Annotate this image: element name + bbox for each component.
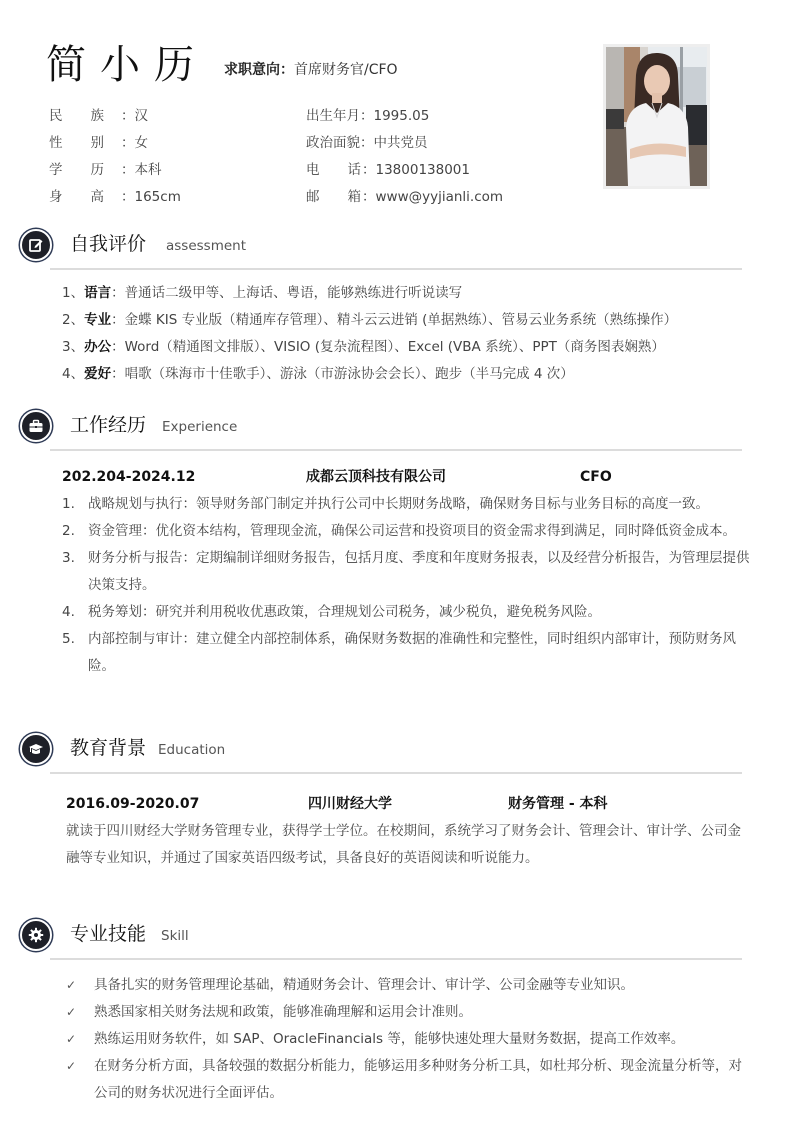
check-icon: ✓ — [66, 972, 76, 999]
company-name: 成都云顶科技有限公司 — [306, 467, 446, 487]
section-header-assessment: 自我评价 assessment — [20, 225, 742, 265]
education-description: 就读于四川财经大学财务管理专业，获得学士学位。在校期间，系统学习了财务会计、管理… — [66, 818, 746, 872]
list-item: 4、爱好：唱歌（珠海市十佳歌手）、游泳（市游泳协会会长）、跑步（半马完成 4 次… — [62, 361, 752, 388]
list-item: 3.财务分析与报告：定期编制详细财务报告，包括月度、季度和年度财务报表，以及经营… — [62, 545, 752, 599]
list-item: ✓具备扎实的财务管理理论基础，精通财务会计、管理会计、审计学、公司金融等专业知识… — [66, 972, 746, 999]
list-item: 2.资金管理：优化资本结构，管理现金流，确保公司运营和投资项目的资金需求得到满足… — [62, 518, 752, 545]
list-item: ✓熟悉国家相关财务法规和政策，能够准确理解和运用会计准则。 — [66, 999, 746, 1026]
check-icon: ✓ — [66, 999, 76, 1026]
list-item: 5.内部控制与审计：建立健全内部控制体系，确保财务数据的准确性和完整性，同时组织… — [62, 626, 752, 680]
portrait-illustration — [606, 47, 707, 186]
info-political: 政治面貌：中共党员 — [306, 133, 428, 153]
list-item: ✓熟练运用财务软件，如 SAP、OracleFinancials 等，能够快速处… — [66, 1026, 746, 1053]
section-title: 专业技能 — [70, 921, 146, 947]
list-item: ✓在财务分析方面，具备较强的数据分析能力，能够运用多种财务分析工具，如杜邦分析、… — [66, 1053, 746, 1107]
info-ethnicity: 民族：汉 — [49, 106, 148, 126]
experience-list: 1.战略规划与执行：领导财务部门制定并执行公司中长期财务战略，确保财务目标与业务… — [62, 491, 752, 680]
list-item: 1.战略规划与执行：领导财务部门制定并执行公司中长期财务战略，确保财务目标与业务… — [62, 491, 752, 518]
education-period: 2016.09-2020.07 — [66, 794, 199, 814]
section-header-experience: 工作经历 Experience — [20, 406, 742, 446]
divider — [50, 772, 742, 774]
section-subtitle: Experience — [162, 418, 237, 436]
list-item: 3、办公：Word（精通图文排版）、VISIO (复杂流程图）、Excel (V… — [62, 334, 752, 361]
job-intent-label: 求职意向： — [224, 62, 294, 78]
job-intent: 求职意向：首席财务官/CFO — [224, 60, 398, 80]
info-value: 中共党员 — [374, 135, 428, 151]
list-item: 2、专业：金蝶 KIS 专业版（精通库存管理）、精斗云云进销 (单据熟练）、管易… — [62, 307, 752, 334]
graduation-cap-icon — [20, 733, 52, 765]
check-icon: ✓ — [66, 1026, 76, 1053]
info-gender: 性别：女 — [49, 133, 148, 153]
gear-icon — [20, 919, 52, 951]
section-subtitle: Skill — [161, 927, 189, 945]
section-header-education: 教育背景 Education — [20, 729, 742, 769]
info-phone: 电话：13800138001 — [306, 160, 470, 180]
info-height: 身高：165cm — [49, 187, 181, 207]
section-subtitle: Education — [158, 741, 225, 759]
major-degree: 财务管理 - 本科 — [508, 794, 608, 814]
school-name: 四川财经大学 — [308, 794, 392, 814]
briefcase-icon — [20, 410, 52, 442]
info-value: 1995.05 — [374, 108, 430, 124]
skills-list: ✓具备扎实的财务管理理论基础，精通财务会计、管理会计、审计学、公司金融等专业知识… — [66, 972, 746, 1107]
candidate-name: 简小历 — [46, 40, 208, 90]
divider — [50, 449, 742, 451]
info-value: 女 — [135, 135, 149, 151]
info-degree: 学历：本科 — [49, 160, 162, 180]
job-intent-value: 首席财务官/CFO — [294, 62, 398, 78]
section-title: 工作经历 — [70, 412, 146, 438]
info-value: 汉 — [135, 108, 149, 124]
profile-photo — [603, 44, 710, 189]
check-icon: ✓ — [66, 1053, 76, 1080]
info-value[interactable]: www@yyjianli.com — [376, 189, 504, 205]
info-value[interactable]: 13800138001 — [376, 162, 470, 178]
section-title: 自我评价 — [70, 231, 146, 257]
assessment-list: 1、语言：普通话二级甲等、上海话、粤语，能够熟练进行听说读写 2、专业：金蝶 K… — [62, 280, 752, 388]
list-item: 4.税务筹划：研究并利用税收优惠政策，合理规划公司税务，减少税负，避免税务风险。 — [62, 599, 752, 626]
job-position: CFO — [580, 467, 612, 487]
list-item: 1、语言：普通话二级甲等、上海话、粤语，能够熟练进行听说读写 — [62, 280, 752, 307]
section-subtitle: assessment — [166, 237, 246, 255]
section-header-skills: 专业技能 Skill — [20, 915, 742, 955]
edit-icon — [20, 229, 52, 261]
info-value: 165cm — [135, 189, 181, 205]
section-title: 教育背景 — [70, 735, 146, 761]
divider — [50, 958, 742, 960]
info-birth: 出生年月：1995.05 — [306, 106, 429, 126]
info-value: 本科 — [135, 162, 162, 178]
divider — [50, 268, 742, 270]
info-email: 邮箱：www@yyjianli.com — [306, 187, 503, 207]
job-period: 202.204-2024.12 — [62, 467, 195, 487]
